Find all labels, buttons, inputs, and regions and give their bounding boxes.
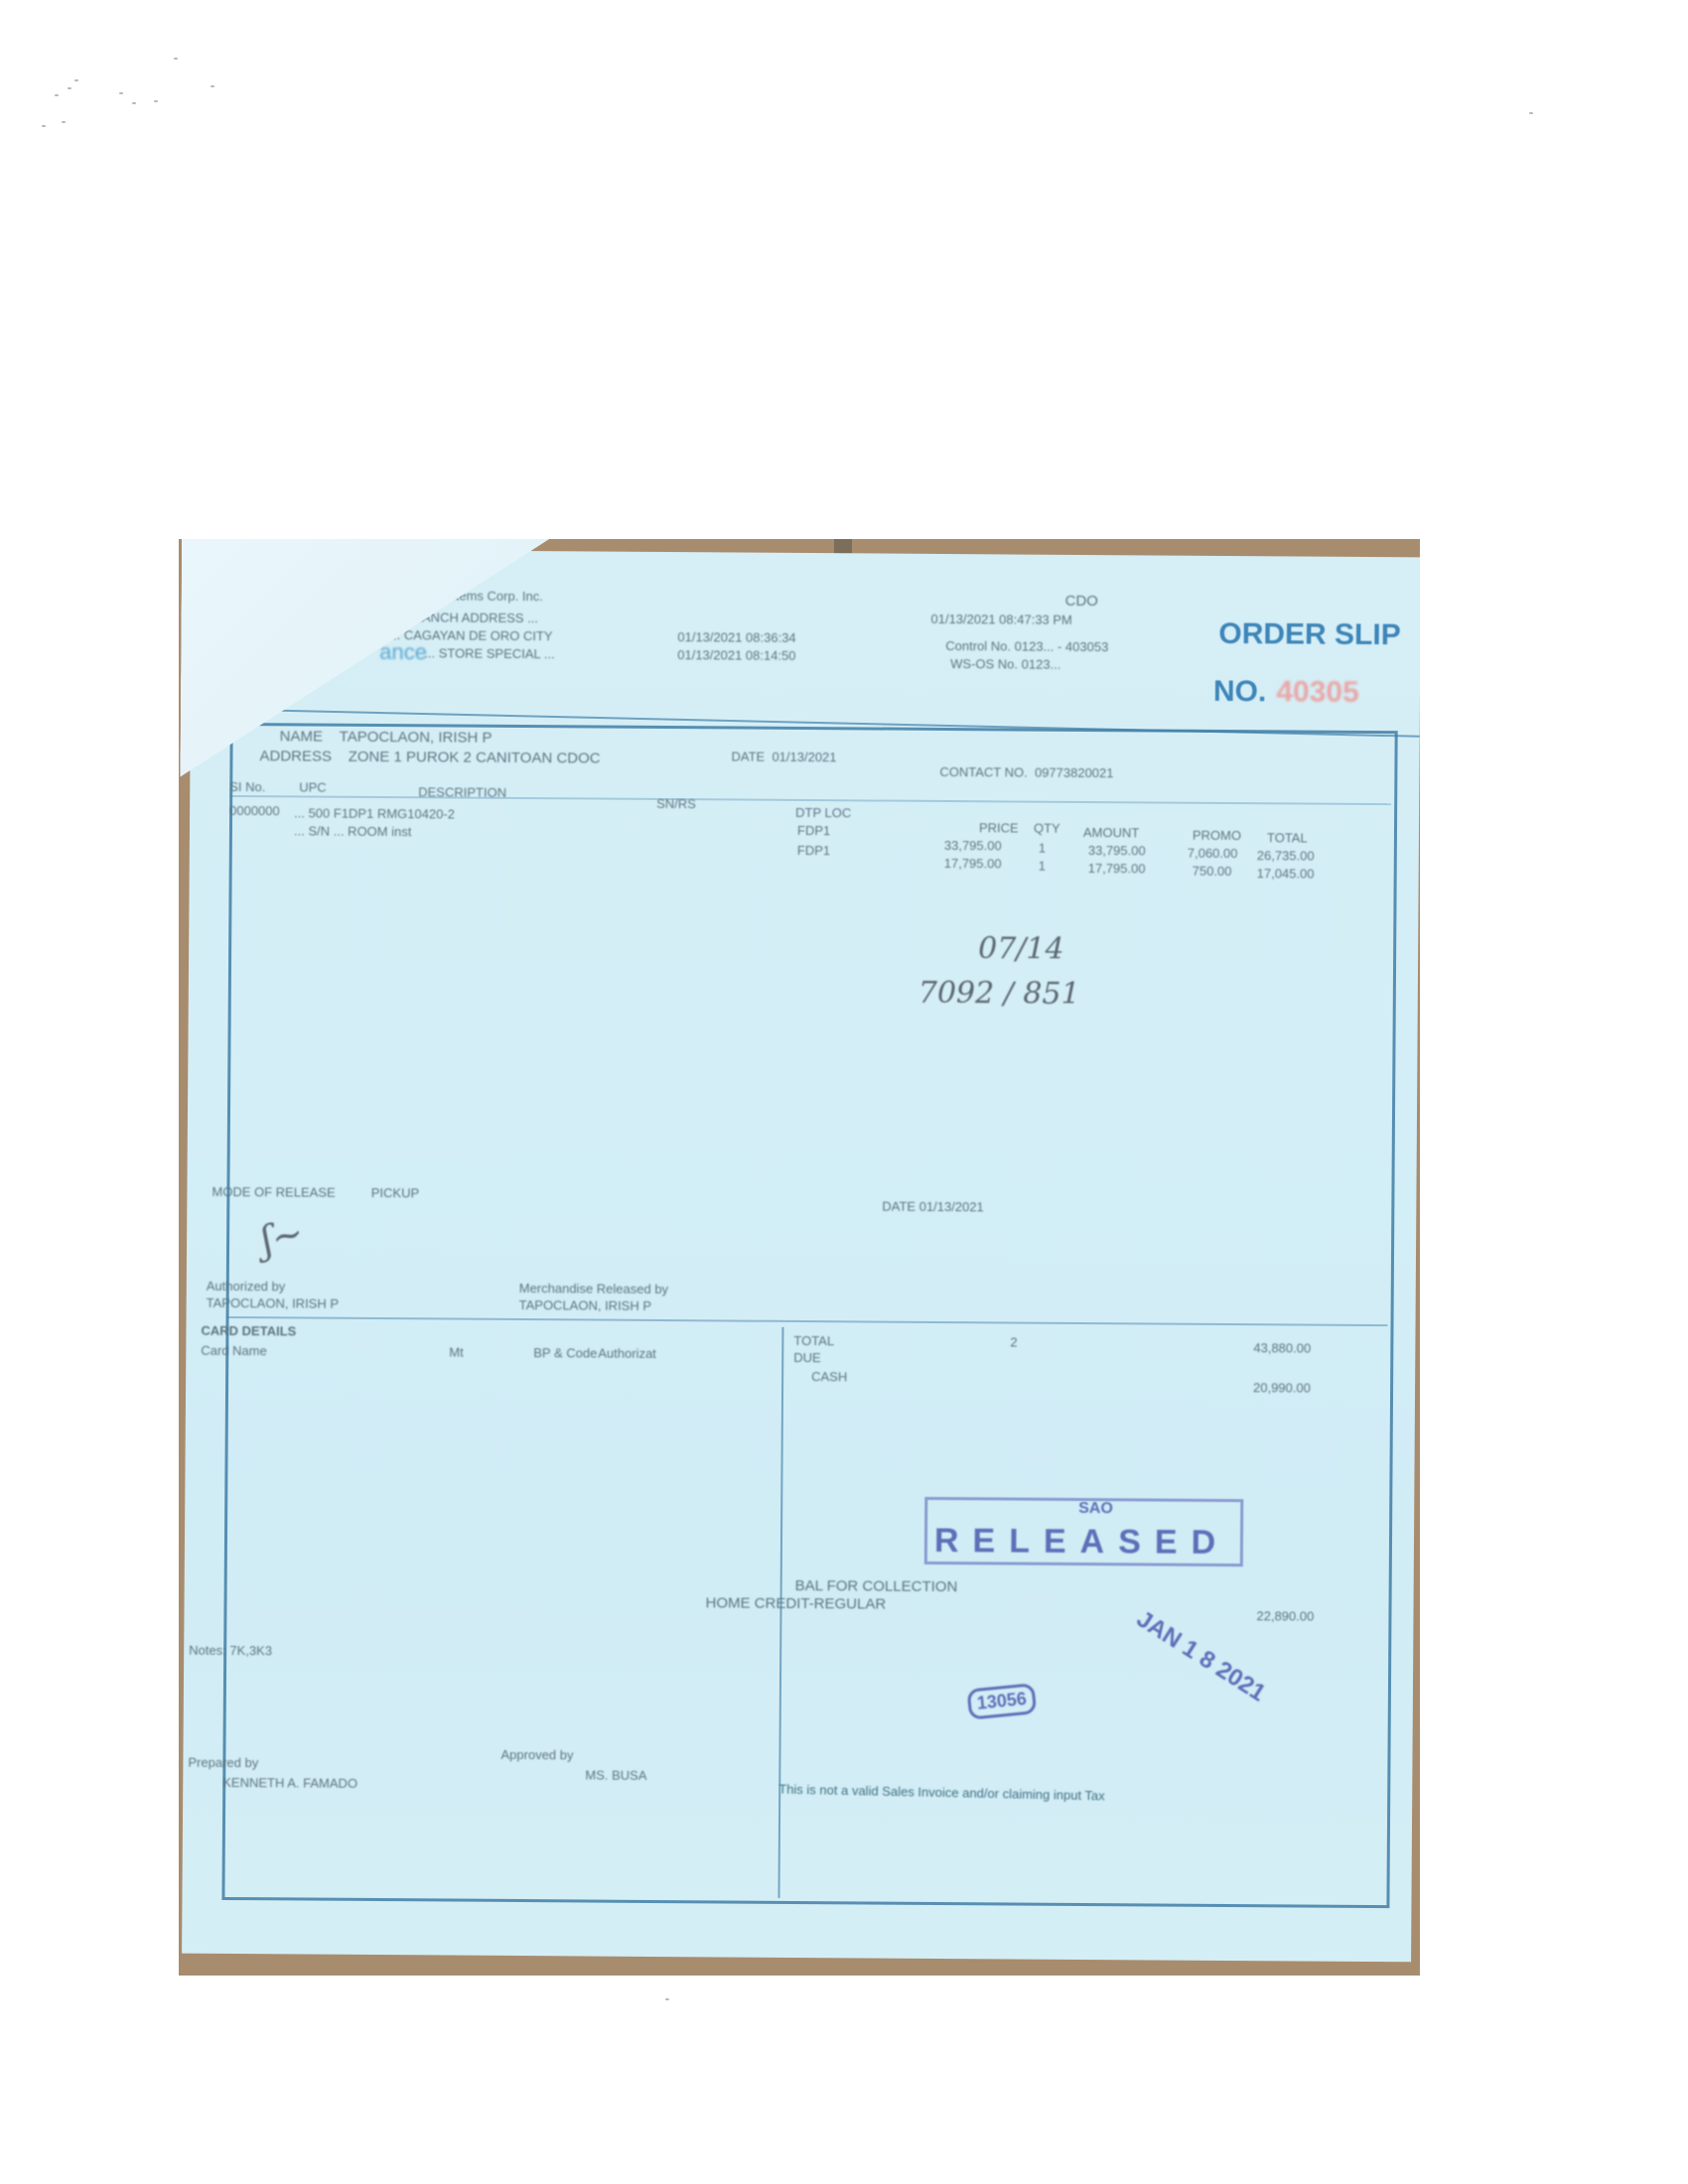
- col-loc: DTP LOC: [795, 805, 851, 820]
- address-line-3: ... STORE SPECIAL ...: [424, 645, 555, 661]
- authorized-name: TAPOCLAON, IRISH P: [207, 1296, 340, 1311]
- print-time: 01/13/2021 08:47:33 PM: [930, 612, 1071, 627]
- col-amount: AMOUNT: [1083, 825, 1139, 840]
- date-field: DATE 01/13/2021: [731, 749, 836, 764]
- total-label: TOTAL: [793, 1333, 834, 1348]
- control-no: Control No. 0123... - 403053: [945, 638, 1108, 654]
- document-photo: ... Systems Corp. Inc. ... BRANCH ADDRES…: [179, 539, 1420, 1976]
- prepared-label: Prepared by: [188, 1755, 258, 1770]
- order-slip-paper: ... Systems Corp. Inc. ... BRANCH ADDRES…: [182, 549, 1420, 1963]
- document-title: ORDER SLIP: [1218, 617, 1401, 652]
- col-bp-code: BP & Code: [533, 1345, 597, 1360]
- col-total: TOTAL: [1267, 830, 1308, 845]
- authorized-label: Authorized by: [207, 1279, 286, 1295]
- handwritten-note-2: 7092 / 851: [918, 976, 1080, 1012]
- col-mt: Mt: [449, 1345, 464, 1360]
- prepared-name: KENNETH A. FAMADO: [222, 1775, 357, 1791]
- col-authorization: Authorizat: [598, 1346, 656, 1361]
- approved-label: Approved by: [500, 1747, 573, 1763]
- col-price: PRICE: [979, 820, 1019, 835]
- col-snrs: SN/RS: [656, 796, 696, 811]
- cash-amount: 20,990.00: [1253, 1380, 1311, 1395]
- balance-amount: 22,890.00: [1256, 1608, 1314, 1623]
- col-qty: QTY: [1034, 821, 1060, 836]
- approved-name: MS. BUSA: [585, 1767, 646, 1782]
- handwritten-note-1: 07/14: [978, 931, 1064, 967]
- col-si: SI No.: [229, 779, 265, 794]
- stamp-released: RELEASED: [934, 1522, 1229, 1563]
- due-label: DUE: [793, 1350, 821, 1365]
- cash-label: CASH: [811, 1369, 847, 1384]
- slip-number: NO.40305: [1213, 675, 1359, 710]
- ws-os-no: WS-OS No. 0123...: [950, 656, 1060, 672]
- name-field: NAME TAPOCLAON, IRISH P: [280, 728, 492, 746]
- release-date: DATE 01/13/2021: [882, 1199, 984, 1215]
- col-upc: UPC: [299, 779, 327, 794]
- balance-label: BAL FOR COLLECTION: [795, 1577, 958, 1595]
- remarks: Notes: 7K,3K3: [189, 1643, 272, 1659]
- timestamp-2: 01/13/2021 08:14:50: [677, 647, 795, 663]
- branch-code: CDO: [1065, 593, 1098, 610]
- total-qty: 2: [1010, 1334, 1017, 1349]
- card-details-label: CARD DETAILS: [201, 1323, 296, 1339]
- col-description: DESCRIPTION: [418, 784, 506, 800]
- timestamp-1: 01/13/2021 08:36:34: [677, 629, 795, 645]
- col-promo: PROMO: [1193, 828, 1241, 843]
- address-field: ADDRESS ZONE 1 PUROK 2 CANITOAN CDOC: [259, 748, 600, 766]
- balance-method: HOME CREDIT-REGULAR: [705, 1594, 886, 1612]
- contact-field: CONTACT NO. 09773820021: [939, 764, 1113, 780]
- col-card-name: Card Name: [201, 1343, 267, 1358]
- stamp-sao: SAO: [1078, 1500, 1113, 1518]
- slip-frame: [221, 723, 1397, 1908]
- mode-of-release: MODE OF RELEASE PICKUP: [211, 1184, 419, 1200]
- total-amount: 43,880.00: [1253, 1340, 1311, 1355]
- released-by-name: TAPOCLAON, IRISH P: [519, 1297, 652, 1313]
- released-by-label: Merchandise Released by: [519, 1281, 668, 1297]
